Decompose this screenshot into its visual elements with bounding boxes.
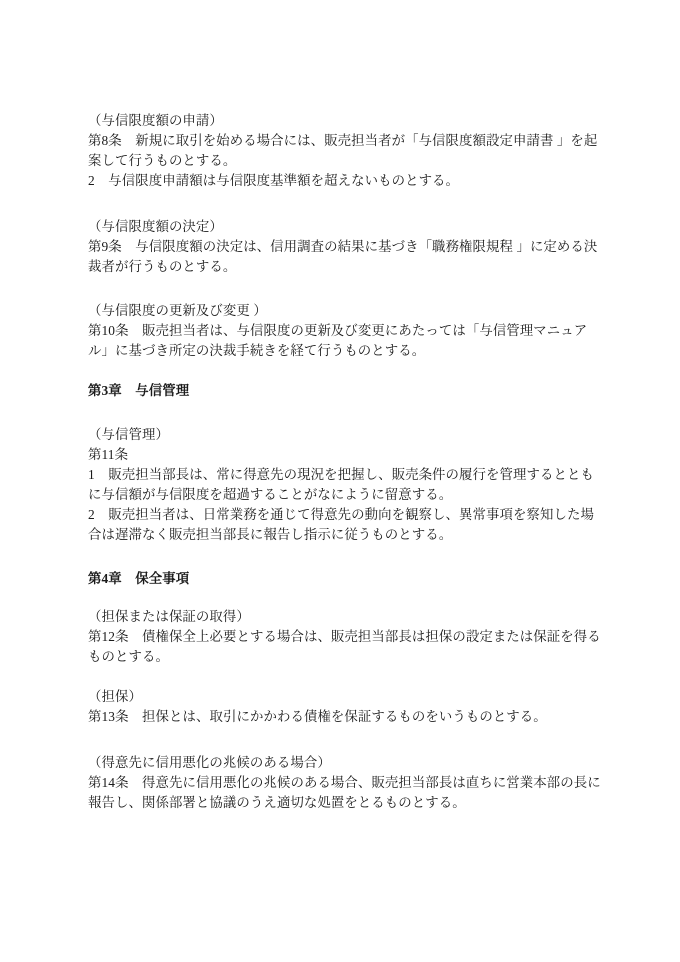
text-line: 第11条 [88, 445, 610, 465]
article-13: 第13条 担保とは、取引にかかわる債権を保証するものをいうものとする。 [88, 707, 610, 727]
text-line: （担保または保証の取得） [88, 607, 610, 627]
text-line: 第12条 債権保全上必要とする場合は、販売担当部長は担保の設定または保証を得る [88, 627, 610, 647]
chapter-4-heading: 第4章 保全事項 [88, 569, 610, 589]
article-11-paragraph-2: 2 販売担当者は、日常業務を通じて得意先の動向を観察し、異常事項を察知した場 合… [88, 505, 610, 545]
text-line: 第14条 得意先に信用悪化の兆候のある場合、販売担当部長は直ちに営業本部の長に [88, 773, 610, 793]
chapter-heading-text: 第4章 保全事項 [88, 569, 610, 589]
article-11-paragraph-1: 1 販売担当部長は、常に得意先の現況を把握し、販売条件の履行を管理するととも に… [88, 465, 610, 505]
article-11: 第11条 [88, 445, 610, 465]
caption-credit-limit-application: （与信限度額の申請） [88, 111, 610, 131]
text-line: 2 与信限度申請額は与信限度基準額を超えないものとする。 [88, 171, 610, 191]
text-line: 合は遅滞なく販売担当部長に報告し指示に従うものとする。 [88, 525, 610, 545]
article-10: 第10条 販売担当者は、与信限度の更新及び変更にあたっては「与信管理マニュア ル… [88, 321, 610, 361]
text-line: ル」に基づき所定の決裁手続きを経て行うものとする。 [88, 341, 610, 361]
caption-credit-limit-decision: （与信限度額の決定） [88, 217, 610, 237]
article-9: 第9条 与信限度額の決定は、信用調査の結果に基づき「職務権限規程 」に定める決 … [88, 237, 610, 277]
text-line: に与信額が与信限度を超過することがなにように留意する。 [88, 485, 610, 505]
caption-credit-limit-update-change: （与信限度の更新及び変更 ） [88, 301, 610, 321]
article-12: 第12条 債権保全上必要とする場合は、販売担当部長は担保の設定または保証を得る … [88, 627, 610, 667]
caption-collateral: （担保） [88, 687, 610, 707]
text-line: 第10条 販売担当者は、与信限度の更新及び変更にあたっては「与信管理マニュア [88, 321, 610, 341]
text-line: （与信限度の更新及び変更 ） [88, 301, 610, 321]
text-line: ものとする。 [88, 647, 610, 667]
text-line: 第13条 担保とは、取引にかかわる債権を保証するものをいうものとする。 [88, 707, 610, 727]
chapter-3-heading: 第3章 与信管理 [88, 381, 610, 401]
text-line: （担保） [88, 687, 610, 707]
text-line: 2 販売担当者は、日常業務を通じて得意先の動向を観察し、異常事項を察知した場 [88, 505, 610, 525]
text-line: （得意先に信用悪化の兆候のある場合） [88, 753, 610, 773]
chapter-heading-text: 第3章 与信管理 [88, 381, 610, 401]
text-line: 第8条 新規に取引を始める場合には、販売担当者が「与信限度額設定申請書 」を起 [88, 131, 610, 151]
document-page: （与信限度額の申請） 第8条 新規に取引を始める場合には、販売担当者が「与信限度… [0, 0, 680, 962]
caption-credit-management: （与信管理） [88, 425, 610, 445]
text-line: 案して行うものとする。 [88, 151, 610, 171]
text-line: 報告し、関係部署と協議のうえ適切な処置をとるものとする。 [88, 793, 610, 813]
text-line: 1 販売担当部長は、常に得意先の現況を把握し、販売条件の履行を管理するととも [88, 465, 610, 485]
caption-customer-credit-deterioration: （得意先に信用悪化の兆候のある場合） [88, 753, 610, 773]
article-8-paragraph-2: 2 与信限度申請額は与信限度基準額を超えないものとする。 [88, 171, 610, 191]
text-line: 裁者が行うものとする。 [88, 257, 610, 277]
text-line: 第9条 与信限度額の決定は、信用調査の結果に基づき「職務権限規程 」に定める決 [88, 237, 610, 257]
text-line: （与信限度額の決定） [88, 217, 610, 237]
article-14: 第14条 得意先に信用悪化の兆候のある場合、販売担当部長は直ちに営業本部の長に … [88, 773, 610, 813]
caption-collateral-or-guarantee-acquisition: （担保または保証の取得） [88, 607, 610, 627]
text-line: （与信管理） [88, 425, 610, 445]
text-line: （与信限度額の申請） [88, 111, 610, 131]
article-8: 第8条 新規に取引を始める場合には、販売担当者が「与信限度額設定申請書 」を起 … [88, 131, 610, 171]
